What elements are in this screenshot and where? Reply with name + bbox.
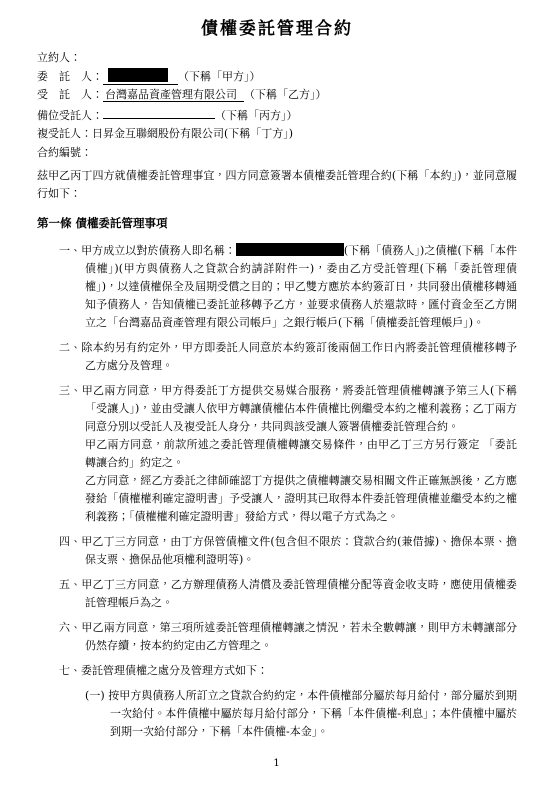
trustee-company-name: 台灣嘉品資產管理有限公司 (103, 88, 244, 102)
clause-4-text: 甲乙丁三方同意，由丁方保管債權文件(包含但不限於：貸款合約(兼借據)、擔保本票、… (81, 535, 517, 566)
clause-7: 七、委託管理債權之處分及管理方式如下： (85, 662, 517, 680)
clause-2: 二、除本約另有約定外，甲方即委託人同意於本約簽訂後兩個工作日內將委託管理債權移轉… (85, 339, 517, 375)
clause-4-number: 四、 (59, 535, 81, 548)
party-line-trustor: 委 託 人：（下稱「甲方」） (37, 68, 517, 87)
contract-document-page: 債權委託管理合約 立約人： 委 託 人：（下稱「甲方」） 受 託 人：台灣嘉品資… (0, 0, 553, 800)
backup-trustee-blank-field (103, 105, 215, 119)
clause-6: 六、甲乙兩方同意，第三項所述委託管理債權轉讓之情況，若未全數轉讓，則甲方未轉讓部… (85, 619, 517, 655)
clause-3-paragraph-1: 三、甲乙兩方同意，甲方得委託丁方提供交易媒合服務，將委託管理債權轉讓予第三人(下… (85, 382, 517, 436)
trustor-suffix: （下稱「甲方」） (178, 70, 261, 83)
page-number: 1 (0, 755, 553, 773)
clause-3: 三、甲乙兩方同意，甲方得委託丁方提供交易媒合服務，將委託管理債權轉讓予第三人(下… (85, 382, 517, 526)
section-1-heading: 第一條 債權委託管理事項 (37, 214, 517, 232)
clause-3-paragraph-1-text: 甲乙兩方同意，甲方得委託丁方提供交易媒合服務，將委託管理債權轉讓予第三人(下稱「… (82, 384, 517, 433)
clause-5: 五、甲乙丁三方同意，乙方辦理債務人清償及委託管理債權分配等資金收支時，應使用債權… (85, 576, 517, 612)
trustee-suffix: （下稱「乙方」） (244, 88, 327, 101)
clause-3-paragraph-3: 乙方同意，經乙方委託之律師確認丁方提供之債權轉讓交易相關文件正確無誤後，乙方應發… (85, 472, 517, 526)
trustor-label: 委 託 人： (37, 70, 103, 83)
clause-7-text: 委託管理債權之處分及管理方式如下： (81, 664, 268, 677)
contract-number-label: 合約編號： (37, 144, 517, 163)
party-line-trustee: 受 託 人：台灣嘉品資產管理有限公司（下稱「乙方」） (37, 86, 517, 105)
backup-trustee-label: 備位受託人： (37, 109, 103, 122)
clause-5-text: 甲乙丁三方同意，乙方辦理債務人清償及委託管理債權分配等資金收支時，應使用債權委託… (81, 578, 517, 609)
clause-4: 四、甲乙丁三方同意，由丁方保管債權文件(包含但不限於：貸款合約(兼借據)、擔保本… (85, 533, 517, 569)
backup-trustee-suffix: （下稱「丙方」） (215, 109, 298, 122)
sub-trustee-label: 複受託人： (37, 127, 92, 140)
clause-7-subitem-1: (一) 按甲方與債務人所訂立之貸款合約約定，本件債權部分屬於每月給付，部分屬於到… (110, 687, 517, 741)
clause-6-number: 六、 (59, 621, 81, 634)
clause-2-number: 二、 (59, 341, 81, 354)
clause-6-text: 甲乙兩方同意，第三項所述委託管理債權轉讓之情況，若未全數轉讓，則甲方未轉讓部分仍… (81, 621, 517, 652)
clause-7-subitem-1-number: (一) (85, 689, 108, 702)
clause-5-number: 五、 (59, 578, 81, 591)
clause-7-number: 七、 (59, 664, 81, 677)
trustee-label: 受 託 人： (37, 88, 103, 101)
party-line-sub-trustee: 複受託人：日昇金互聯網股份有限公司(下稱「丁方」) (37, 125, 517, 144)
clause-1-number: 一、 (59, 244, 81, 257)
clause-1-text-pre: 甲方成立以對於債務人即名稱： (81, 244, 236, 257)
clause-2-text: 除本約另有約定外，甲方即委託人同意於本約簽訂後兩個工作日內將委託管理債權移轉予乙… (81, 341, 517, 372)
redacted-trustor-name-box (108, 68, 168, 82)
sub-trustee-company-name: 日昇金互聯網股份有限公司(下稱「丁方」) (92, 127, 293, 140)
preamble-paragraph: 茲甲乙丙丁四方就債權委託管理事宜，四方同意簽署本債權委託管理合約(下稱「本約」)… (37, 167, 517, 203)
parties-block: 立約人： 委 託 人：（下稱「甲方」） 受 託 人：台灣嘉品資產管理有限公司（下… (37, 49, 517, 162)
clause-3-paragraph-2: 甲乙兩方同意，前款所述之委託管理債權轉讓交易條件，由甲乙丁三方另行簽定 「委託轉… (85, 436, 517, 472)
redacted-debtor-name-box (236, 243, 344, 256)
parties-intro-label: 立約人： (37, 49, 517, 68)
clause-7-subitem-1-text: 按甲方與債務人所訂立之貸款合約約定，本件債權部分屬於每月給付，部分屬於到期一次給… (108, 689, 517, 738)
party-line-backup-trustee: 備位受託人：（下稱「丙方」） (37, 105, 517, 126)
clause-3-number: 三、 (59, 384, 82, 397)
document-title: 債權委託管理合約 (37, 18, 517, 40)
clause-1: 一、甲方成立以對於債務人即名稱：(下稱「債務人」)之債權(下稱「本件債權」)(甲… (85, 242, 517, 332)
trustor-name-underline (103, 68, 178, 85)
